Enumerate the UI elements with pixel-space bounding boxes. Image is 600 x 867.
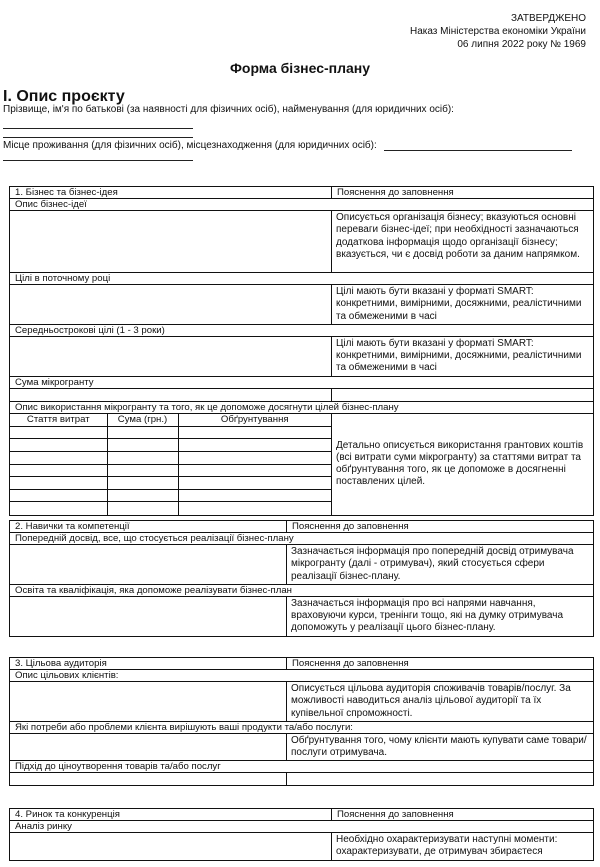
expense-sum-cell[interactable]: [107, 489, 178, 502]
approval-order: Наказ Міністерства економіки України: [410, 25, 586, 38]
expense-item-cell[interactable]: [10, 439, 107, 452]
market-table: 4. Ринок та конкуренція Пояснення до зап…: [9, 808, 594, 861]
expense-item-cell[interactable]: [10, 464, 107, 477]
row-label-target-clients: Опис цільових клієнтів:: [10, 670, 594, 682]
address-field-line-1[interactable]: [384, 150, 572, 151]
note-education: Зазначається інформація про всі напрями …: [287, 596, 594, 636]
address-field-line-2[interactable]: [3, 160, 193, 161]
input-grant-sum[interactable]: [10, 388, 332, 401]
note-experience: Зазначається інформація про попередній д…: [287, 545, 594, 585]
business-table-title: 1. Бізнес та бізнес-ідея: [10, 187, 332, 199]
expenses-row: [10, 477, 331, 490]
expenses-row: [10, 439, 331, 452]
name-field-line-2[interactable]: [3, 137, 193, 138]
skills-table-title: 2. Навички та компетенції: [10, 521, 287, 533]
form-title: Форма бізнес-плану: [0, 60, 600, 76]
address-label: Місце проживання (для фізичних осіб), мі…: [3, 140, 377, 151]
expense-sum-cell[interactable]: [107, 502, 178, 515]
input-pricing[interactable]: [10, 773, 287, 786]
input-market-analysis[interactable]: [10, 833, 332, 861]
expense-sum-cell[interactable]: [107, 439, 178, 452]
expenses-col-justification: Обґрунтування: [178, 414, 331, 427]
note-header: Пояснення до заповнення: [287, 521, 594, 533]
note-header: Пояснення до заповнення: [332, 809, 594, 821]
expenses-row: [10, 502, 331, 515]
name-label: Прізвище, ім'я по батькові (за наявності…: [3, 104, 454, 115]
note-header: Пояснення до заповнення: [287, 658, 594, 670]
note-current-goals: Цілі мають бути вказані у форматі SMART:…: [332, 285, 594, 325]
expense-item-cell[interactable]: [10, 426, 107, 439]
approval-stamp: ЗАТВЕРДЖЕНО Наказ Міністерства економіки…: [410, 12, 586, 51]
expenses-col-item: Стаття витрат: [10, 414, 107, 427]
note-header: Пояснення до заповнення: [332, 187, 594, 199]
expense-justification-cell[interactable]: [178, 452, 331, 465]
input-current-goals[interactable]: [10, 285, 332, 325]
expense-justification-cell[interactable]: [178, 477, 331, 490]
expenses-row: [10, 452, 331, 465]
name-field-line-1[interactable]: [3, 128, 193, 129]
business-table: 1. Бізнес та бізнес-ідея Пояснення до за…: [9, 186, 594, 516]
audience-table-title: 3. Цільова аудиторія: [10, 658, 287, 670]
row-label-grant-sum: Сума мікрогранту: [10, 376, 594, 388]
expense-justification-cell[interactable]: [178, 439, 331, 452]
expense-justification-cell[interactable]: [178, 464, 331, 477]
row-label-midterm-goals: Середньострокові цілі (1 - 3 роки): [10, 324, 594, 336]
row-label-current-goals: Цілі в поточному році: [10, 273, 594, 285]
audience-table: 3. Цільова аудиторія Пояснення до заповн…: [9, 657, 594, 786]
skills-table: 2. Навички та компетенції Пояснення до з…: [9, 520, 594, 637]
expense-sum-cell[interactable]: [107, 452, 178, 465]
row-label-client-needs: Які потреби або проблеми клієнта вирішую…: [10, 721, 594, 733]
expense-item-cell[interactable]: [10, 477, 107, 490]
expense-sum-cell[interactable]: [107, 464, 178, 477]
expenses-row: [10, 489, 331, 502]
expenses-row: [10, 426, 331, 439]
expense-item-cell[interactable]: [10, 452, 107, 465]
expense-justification-cell[interactable]: [178, 426, 331, 439]
row-label-experience: Попередній досвід, все, що стосується ре…: [10, 533, 594, 545]
expense-sum-cell[interactable]: [107, 477, 178, 490]
input-midterm-goals[interactable]: [10, 336, 332, 376]
expense-item-cell[interactable]: [10, 489, 107, 502]
expense-justification-cell[interactable]: [178, 502, 331, 515]
note-market-analysis: Необхідно охарактеризувати наступні моме…: [332, 833, 594, 861]
approval-status: ЗАТВЕРДЖЕНО: [410, 12, 586, 25]
expenses-grid: Стаття витрат Сума (грн.) Обґрунтування: [10, 413, 332, 515]
note-target-clients: Описується цільова аудиторія споживачів …: [287, 682, 594, 722]
input-client-needs[interactable]: [10, 733, 287, 761]
row-label-market-analysis: Аналіз ринку: [10, 821, 594, 833]
note-client-needs: Обґрунтування того, чому клієнти мають к…: [287, 733, 594, 761]
input-experience[interactable]: [10, 545, 287, 585]
market-table-title: 4. Ринок та конкуренція: [10, 809, 332, 821]
input-education[interactable]: [10, 596, 287, 636]
input-target-clients[interactable]: [10, 682, 287, 722]
expenses-col-sum: Сума (грн.): [107, 414, 178, 427]
expenses-row: [10, 464, 331, 477]
row-label-pricing: Підхід до ціноутворення товарів та/або п…: [10, 761, 594, 773]
note-business-idea: Описується організація бізнесу; вказують…: [332, 211, 594, 273]
note-pricing: [287, 773, 594, 786]
row-label-grant-usage: Опис використання мікрогранту та того, я…: [10, 401, 594, 413]
input-business-idea[interactable]: [10, 211, 332, 273]
row-label-education: Освіта та кваліфікація, яка допоможе реа…: [10, 584, 594, 596]
note-grant-sum: [332, 388, 594, 401]
note-grant-usage: Детально описується використання грантов…: [332, 413, 594, 515]
expense-sum-cell[interactable]: [107, 426, 178, 439]
approval-date: 06 липня 2022 року № 1969: [410, 38, 586, 51]
expense-justification-cell[interactable]: [178, 489, 331, 502]
note-midterm-goals: Цілі мають бути вказані у форматі SMART:…: [332, 336, 594, 376]
row-label-business-idea: Опис бізнес-ідеї: [10, 199, 594, 211]
expense-item-cell[interactable]: [10, 502, 107, 515]
